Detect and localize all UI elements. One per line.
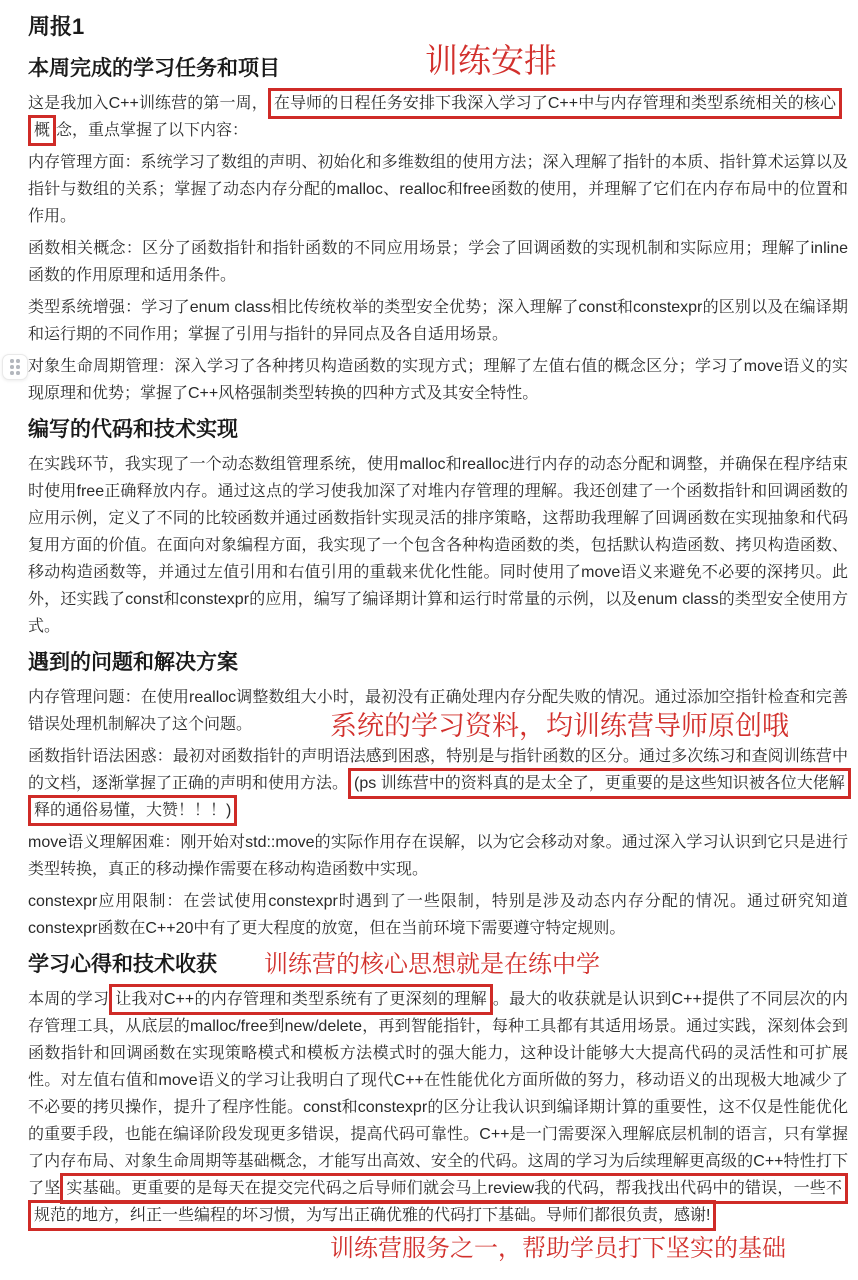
paragraph: 函数相关概念：区分了函数指针和指针函数的不同应用场景；学会了回调函数的实现机制和… <box>28 235 848 289</box>
text-segment: 内存管理问题：在使用realloc调整数组大小时，最初没有正确处理内存分配失败的… <box>28 689 848 733</box>
paragraph: 对象生命周期管理：深入学习了各种拷贝构造函数的实现方式；理解了左值右值的概念区分… <box>28 353 848 407</box>
section-heading: 本周完成的学习任务和项目 <box>28 54 848 84</box>
paragraph: 内存管理问题：在使用realloc调整数组大小时，最初没有正确处理内存分配失败的… <box>28 684 848 738</box>
text-segment: 在实践环节，我实现了一个动态数组管理系统，使用malloc和realloc进行内… <box>28 456 848 635</box>
text-segment: 类型系统增强：学习了enum class相比传统枚举的类型安全优势；深入理解了c… <box>28 299 848 343</box>
section-heading: 遇到的问题和解决方案 <box>28 648 848 678</box>
section-heading-row: 遇到的问题和解决方案 <box>28 648 848 678</box>
text-segment: move语义理解困难：刚开始对std::move的实际作用存在误解，以为它会移动… <box>28 834 848 878</box>
paragraph: move语义理解困难：刚开始对std::move的实际作用存在误解，以为它会移动… <box>28 829 848 883</box>
text-segment: constexpr应用限制：在尝试使用constexpr时遇到了一些限制，特别是… <box>28 893 848 937</box>
paragraph: 内存管理方面：系统学习了数组的声明、初始化和多维数组的使用方法；深入理解了指针的… <box>28 149 848 230</box>
annotation-text-service: 训练营服务之一，帮助学员打下坚实的基础 <box>330 1235 848 1263</box>
section-heading: 学习心得和技术收获 <box>28 950 848 980</box>
annotation-text-materials: 系统的学习资料，均训练营导师原创哦 <box>330 710 789 742</box>
section: 学习心得和技术收获训练营的核心思想就是在练中学本周的学习让我对C++的内存管理和… <box>28 950 848 1263</box>
page-title: 周报1 <box>28 12 848 42</box>
section-heading-row: 学习心得和技术收获训练营的核心思想就是在练中学 <box>28 950 848 980</box>
section-heading-row: 编写的代码和技术实现 <box>28 415 848 445</box>
paragraph: 这是我加入C++训练营的第一周，在导师的日程任务安排下我深入学习了C++中与内存… <box>28 90 848 144</box>
text-segment: 对象生命周期管理：深入学习了各种拷贝构造函数的实现方式；理解了左值右值的概念区分… <box>28 358 848 402</box>
red-box-highlight: 实基础。更重要的是每天在提交完代码之后导师们就会马上review我的代码，帮我找… <box>28 1173 848 1231</box>
text-segment: 念，重点掌握了以下内容： <box>56 122 248 139</box>
paragraph: 函数指针语法困惑：最初对函数指针的声明语法感到困惑，特别是与指针函数的区分。通过… <box>28 743 848 824</box>
section: 遇到的问题和解决方案内存管理问题：在使用realloc调整数组大小时，最初没有正… <box>28 648 848 942</box>
paragraph: 类型系统增强：学习了enum class相比传统枚举的类型安全优势；深入理解了c… <box>28 294 848 348</box>
text-segment: 本周的学习 <box>28 991 109 1008</box>
text-segment: 。最大的收获就是认识到C++提供了不同层次的内存管理工具，从底层的malloc/… <box>28 991 848 1197</box>
red-box-highlight: 让我对C++的内存管理和类型系统有了更深刻的理解 <box>109 984 493 1015</box>
document-body: 本周完成的学习任务和项目训练安排这是我加入C++训练营的第一周，在导师的日程任务… <box>28 54 848 1263</box>
text-segment: 内存管理方面：系统学习了数组的声明、初始化和多维数组的使用方法；深入理解了指针的… <box>28 154 848 225</box>
text-segment: 函数相关概念：区分了函数指针和指针函数的不同应用场景；学会了回调函数的实现机制和… <box>28 240 848 284</box>
paragraph: 本周的学习让我对C++的内存管理和类型系统有了更深刻的理解。最大的收获就是认识到… <box>28 986 848 1229</box>
section: 本周完成的学习任务和项目训练安排这是我加入C++训练营的第一周，在导师的日程任务… <box>28 54 848 407</box>
section-heading-row: 本周完成的学习任务和项目训练安排 <box>28 54 848 84</box>
section-heading: 编写的代码和技术实现 <box>28 415 848 445</box>
paragraph: 在实践环节，我实现了一个动态数组管理系统，使用malloc和realloc进行内… <box>28 451 848 640</box>
paragraph: constexpr应用限制：在尝试使用constexpr时遇到了一些限制，特别是… <box>28 888 848 942</box>
section: 编写的代码和技术实现在实践环节，我实现了一个动态数组管理系统，使用malloc和… <box>28 415 848 640</box>
text-segment: 这是我加入C++训练营的第一周， <box>28 95 268 112</box>
weekly-report-page: 周报1 本周完成的学习任务和项目训练安排这是我加入C++训练营的第一周，在导师的… <box>0 0 858 1280</box>
drag-handle-icon[interactable] <box>2 354 28 380</box>
